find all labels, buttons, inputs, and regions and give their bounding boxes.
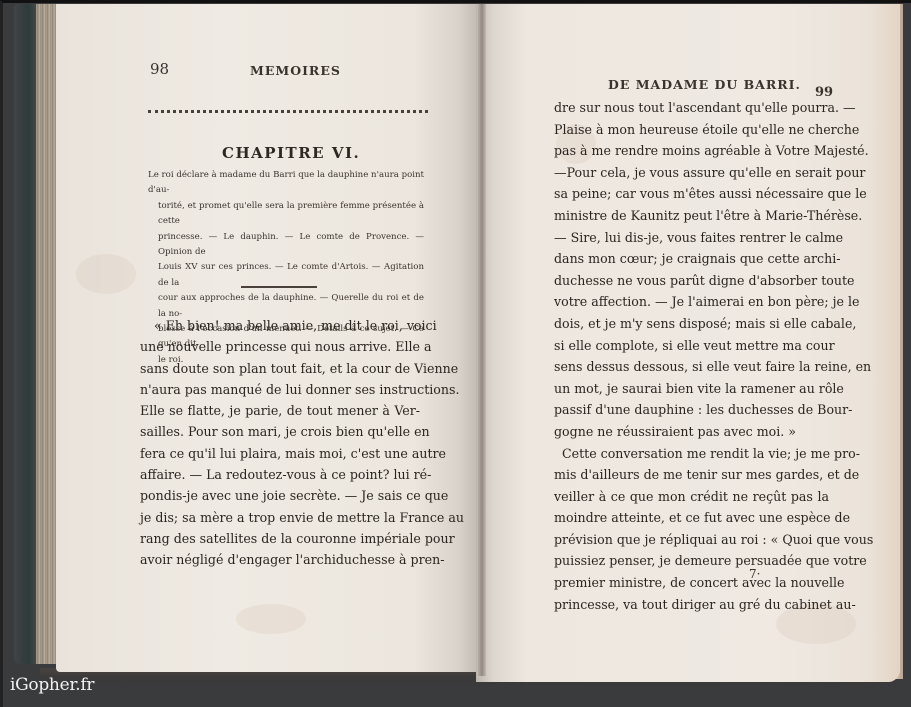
- body-line: n'aura pas manqué de lui donner ses inst…: [140, 379, 420, 400]
- body-line: fera ce qu'il lui plaira, mais moi, c'es…: [140, 443, 420, 464]
- summary-line: princesse. — Le dauphin. — Le comte de P…: [148, 230, 424, 261]
- body-line: si elle complote, si elle veut mettre ma…: [554, 335, 829, 357]
- body-line: duchesse ne vous parût digne d'absorber …: [554, 270, 829, 292]
- body-line: passif d'une dauphine : les duchesses de…: [554, 399, 829, 421]
- body-line: votre affection. — Je l'aimerai en bon p…: [554, 291, 829, 313]
- body-line: — Sire, lui dis-je, vous faites rentrer …: [554, 227, 829, 249]
- section-divider-rule: [241, 286, 317, 288]
- body-line: dans mon cœur; je craignais que cette ar…: [554, 248, 829, 270]
- body-line: moindre atteinte, et ce fut avec une esp…: [554, 507, 829, 529]
- body-line: Cette conversation me rendit la vie; je …: [554, 443, 829, 465]
- body-line: pas à me rendre moins agréable à Votre M…: [554, 140, 829, 162]
- body-line: « Eh bien! ma belle amie, me dit le roi,…: [140, 315, 420, 336]
- body-line: mis d'ailleurs de me tenir sur mes garde…: [554, 464, 829, 486]
- body-line: sans doute son plan tout fait, et la cou…: [140, 358, 420, 379]
- body-line: dre sur nous tout l'ascendant qu'elle po…: [554, 97, 829, 119]
- body-line: affaire. — La redoutez-vous à ce point? …: [140, 464, 420, 485]
- body-line: prévision que je répliquai au roi : « Qu…: [554, 529, 829, 551]
- left-page-number: 98: [150, 60, 169, 78]
- body-line: princesse, va tout diriger au gré du cab…: [554, 594, 829, 616]
- ornamental-dotted-rule: [148, 110, 428, 113]
- body-line: je dis; sa mère a trop envie de mettre l…: [140, 507, 420, 528]
- body-line: sailles. Pour son mari, je crois bien qu…: [140, 421, 420, 442]
- body-line: —Pour cela, je vous assure qu'elle en se…: [554, 162, 829, 184]
- body-line: gogne ne réussiraient pas avec moi. »: [554, 421, 829, 443]
- chapter-title: CHAPITRE VI.: [222, 144, 360, 162]
- body-line: Elle se flatte, je parie, de tout mener …: [140, 400, 420, 421]
- body-line: ministre de Kaunitz peut l'être à Marie-…: [554, 205, 829, 227]
- right-running-head: DE MADAME DU BARRI.: [608, 77, 801, 92]
- body-line: premier ministre, de concert avec la nou…: [554, 572, 829, 594]
- body-line: dois, et je m'y sens disposé; mais si el…: [554, 313, 829, 335]
- signature-mark: 7·: [749, 567, 760, 581]
- body-line: rang des satellites de la couronne impér…: [140, 528, 420, 549]
- body-line: puissiez penser, je demeure persuadée qu…: [554, 550, 829, 572]
- body-line: veiller à ce que mon crédit ne reçût pas…: [554, 486, 829, 508]
- body-line: avoir négligé d'engager l'archiduchesse …: [140, 549, 420, 570]
- left-running-head: MEMOIRES: [250, 63, 341, 78]
- watermark-logo: iGopher.fr: [10, 675, 94, 695]
- spine-crease: [478, 4, 486, 676]
- body-line: une nouvelle princesse qui nous arrive. …: [140, 336, 420, 357]
- left-page-body: « Eh bien! ma belle amie, me dit le roi,…: [140, 315, 420, 571]
- right-page-body: dre sur nous tout l'ascendant qu'elle po…: [554, 97, 829, 615]
- body-line: pondis-je avec une joie secrète. — Je sa…: [140, 485, 420, 506]
- body-line: Plaise à mon heureuse étoile qu'elle ne …: [554, 119, 829, 141]
- body-line: sens dessus dessous, si elle veut faire …: [554, 356, 829, 378]
- body-line: sa peine; car vous m'êtes aussi nécessai…: [554, 183, 829, 205]
- summary-line: Le roi déclare à madame du Barri que la …: [148, 168, 424, 199]
- summary-line: torité, et promet qu'elle sera la premiè…: [148, 199, 424, 230]
- body-line: un mot, je saurai bien vite la ramener a…: [554, 378, 829, 400]
